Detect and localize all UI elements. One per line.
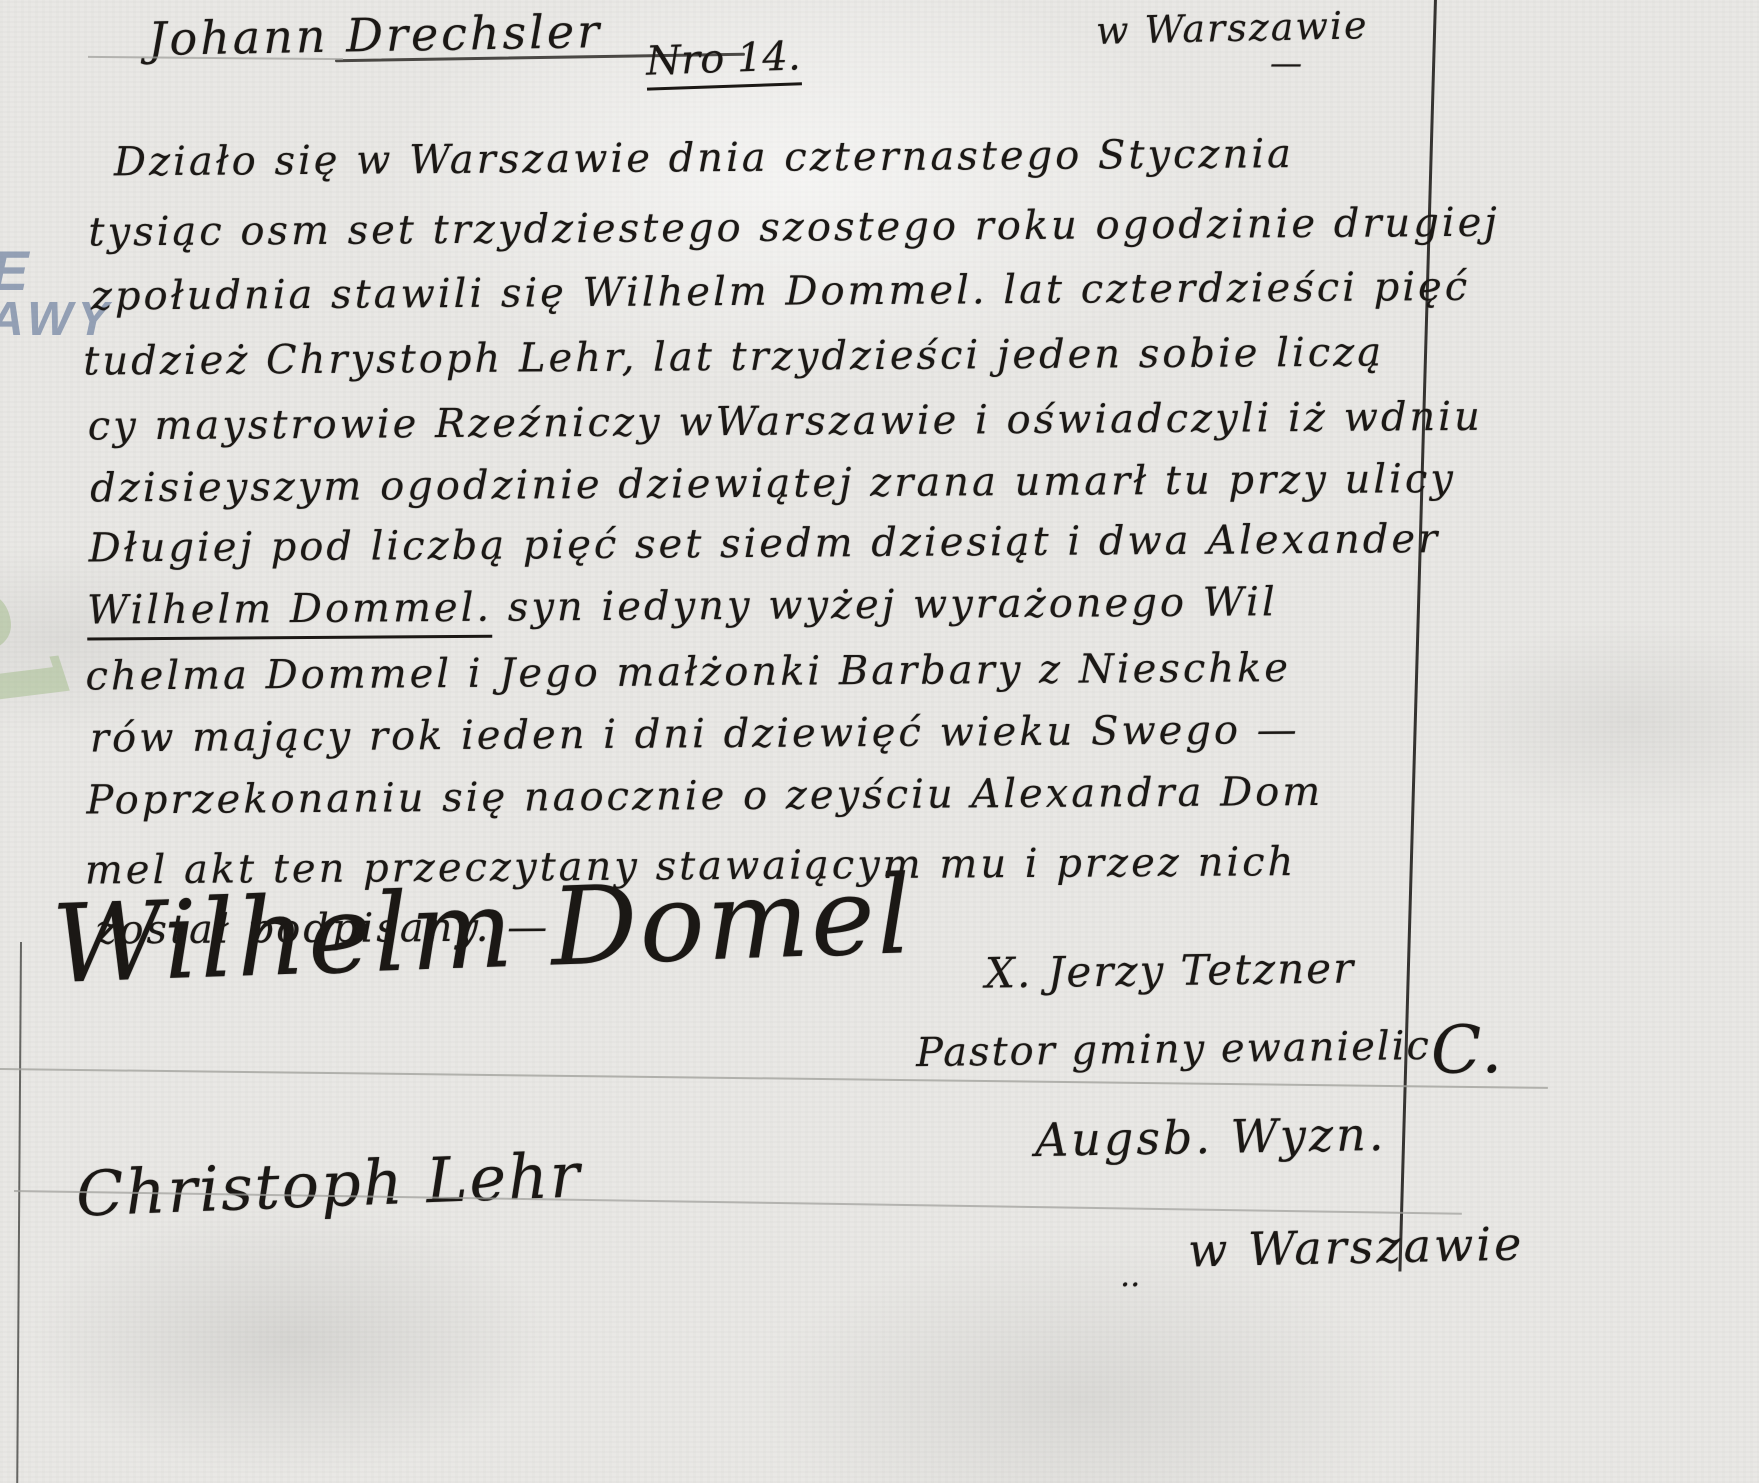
- body-line: zpołudnia stawili się Wilhelm Dommel. la…: [91, 264, 1471, 320]
- officiant-place: w Warszawie: [1187, 1216, 1524, 1277]
- body-line-rest: syn iedyny wyżej wyrażonego Wil: [492, 579, 1278, 630]
- body-line: tudzież Chrystoph Lehr, lat trzydzieści …: [83, 329, 1384, 384]
- body-line: Poprzekonaniu się naocznie o zeyściu Ale…: [86, 769, 1323, 824]
- officiant-confession: Augsb. Wyzn.: [1035, 1107, 1387, 1167]
- body-line: dzisieyszym ogodzinie dziewiątej zrana u…: [90, 456, 1456, 512]
- officiant-title-text: Pastor gminy ewanielic: [916, 1023, 1431, 1076]
- scanned-death-record-page: olodzy.pl E AWY Johann Drechsler Nro 14.…: [0, 0, 1759, 1483]
- body-line: rów mający rok ieden i dni dziewięć wiek…: [90, 707, 1300, 761]
- body-line: tysiąc osm set trzydziestego szostego ro…: [88, 200, 1500, 256]
- body-line: Długiej pod liczbą pięć set siedm dziesi…: [88, 516, 1440, 571]
- officiant-place-dots: ..: [1120, 1256, 1140, 1294]
- body-line: cy maystrowie Rzeźniczy wWarszawie i ośw…: [88, 394, 1483, 450]
- officiant-signature: X. Jerzy Tetzner: [985, 943, 1356, 997]
- underlined-child-name: Wilhelm Dommel.: [87, 585, 492, 641]
- officiant-title-flourish: C.: [1430, 1011, 1504, 1089]
- body-line: chelma Dommel i Jego małżonki Barbary z …: [85, 645, 1291, 699]
- body-line: Działo się w Warszawie dnia czternastego…: [114, 131, 1294, 185]
- officiant-title: Pastor gminy ewanielicC.: [916, 1022, 1505, 1076]
- body-line-underlined-name: Wilhelm Dommel. syn iedyny wyżej wyrażon…: [87, 579, 1278, 633]
